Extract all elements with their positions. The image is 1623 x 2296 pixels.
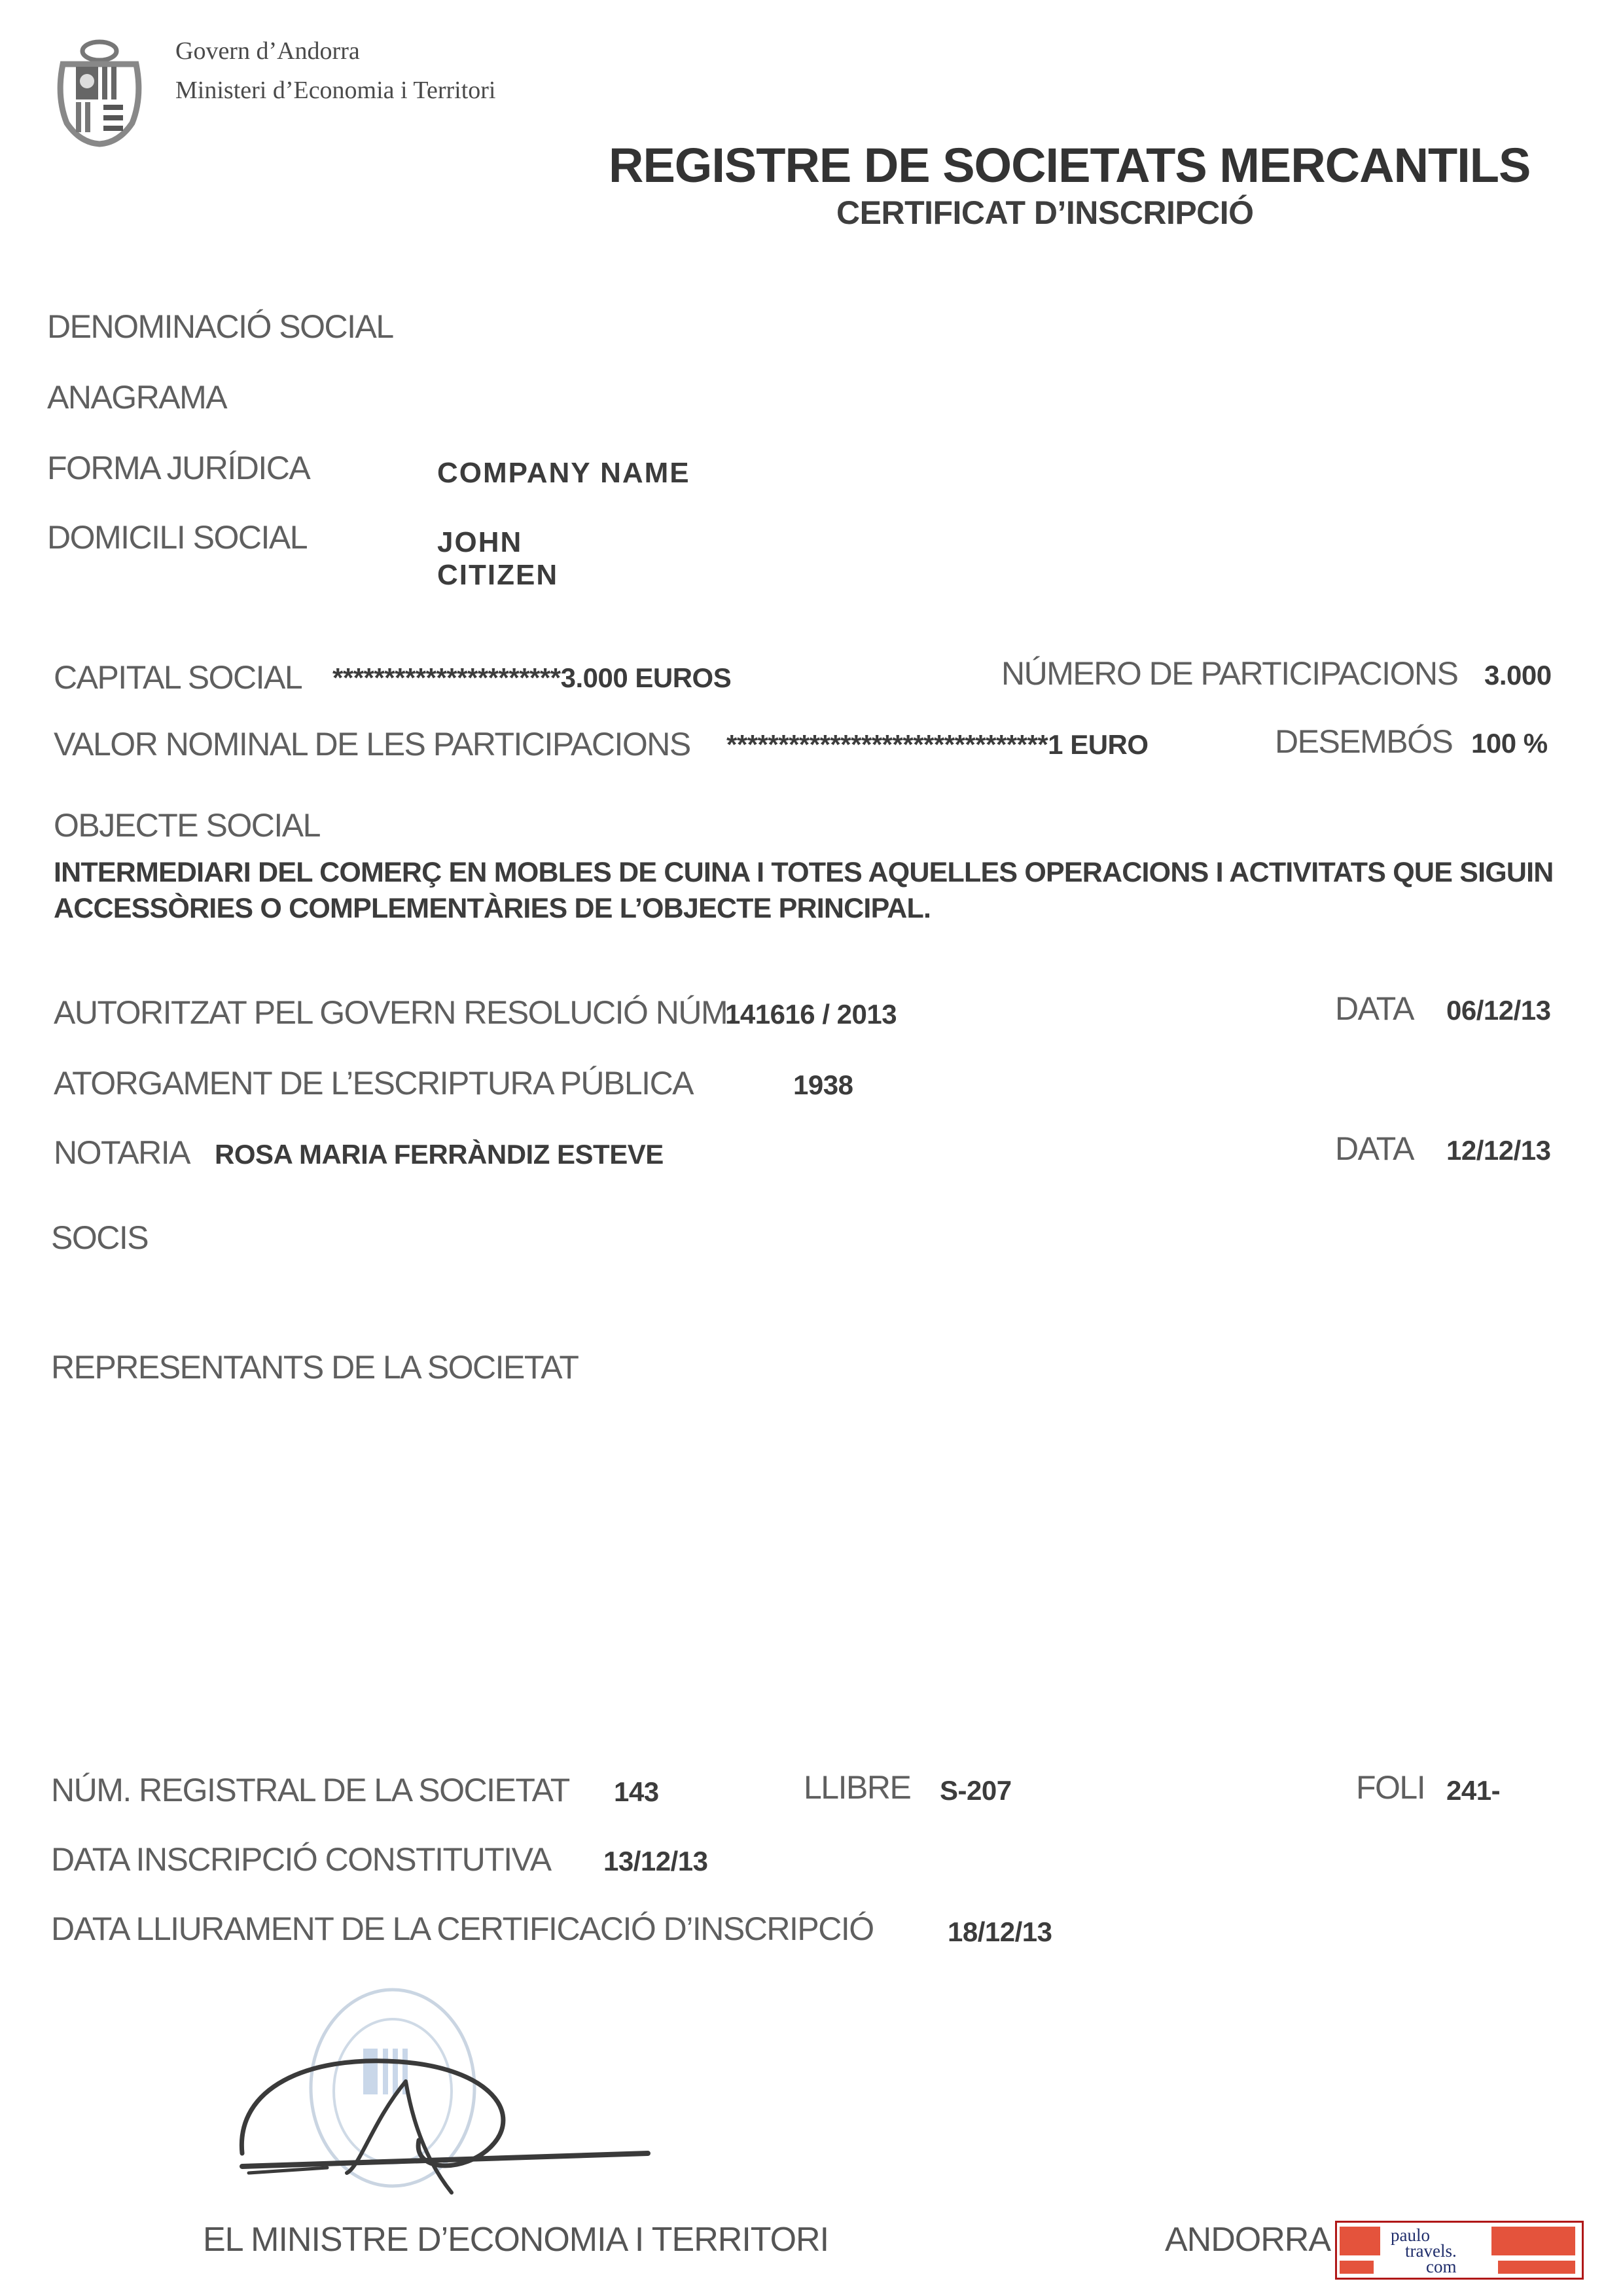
capital-social-value: **********************3.000 EUROS xyxy=(332,662,731,694)
desembos-label: DESEMBÓS xyxy=(1275,723,1452,761)
numero-participacions-label: NÚMERO DE PARTICIPACIONS xyxy=(1001,655,1457,692)
valor-nominal-value: *******************************1 EURO xyxy=(726,729,1149,761)
desembos-value: 100 % xyxy=(1471,728,1548,759)
denominacio-social-label: DENOMINACIÓ SOCIAL xyxy=(47,308,393,346)
foli-value: 241- xyxy=(1446,1775,1500,1806)
socis-label: SOCIS xyxy=(51,1219,148,1257)
autoritzat-label: AUTORITZAT PEL GOVERN RESOLUCIÓ NÚM. xyxy=(54,994,736,1031)
notaria-value: ROSA MARIA FERRÀNDIZ ESTEVE xyxy=(215,1139,664,1170)
document-subtitle: CERTIFICAT D’INSCRIPCIÓ xyxy=(836,194,1254,232)
andorra-coat-of-arms-icon xyxy=(54,38,145,148)
objecte-social-label: OBJECTE SOCIAL xyxy=(54,806,320,844)
anagrama-label: ANAGRAMA xyxy=(47,378,226,416)
government-name: Govern d’Andorra xyxy=(175,37,360,65)
resolucio-value: 141616 / 2013 xyxy=(725,999,897,1030)
llibre-label: LLIBRE xyxy=(804,1768,910,1806)
num-registral-label: NÚM. REGISTRAL DE LA SOCIETAT xyxy=(51,1771,569,1809)
watermark-bar xyxy=(1498,2261,1575,2274)
atorgament-label: ATORGAMENT DE L’ESCRIPTURA PÚBLICA xyxy=(54,1064,693,1102)
valor-nominal-label: VALOR NOMINAL DE LES PARTICIPACIONS xyxy=(54,725,690,763)
data-inscripcio-value: 13/12/13 xyxy=(603,1846,708,1877)
watermark-line3: com xyxy=(1426,2258,1457,2275)
domicili-social-label: DOMICILI SOCIAL xyxy=(47,518,307,556)
paulo-travels-watermark: paulo travels. com xyxy=(1335,2221,1584,2280)
document-title: REGISTRE DE SOCIETATS MERCANTILS xyxy=(609,137,1530,193)
watermark-bar xyxy=(1491,2227,1575,2255)
data-resolucio-value: 06/12/13 xyxy=(1446,995,1551,1026)
representants-label: REPRESENTANTS DE LA SOCIETAT xyxy=(51,1348,578,1386)
capital-social-label: CAPITAL SOCIAL xyxy=(54,658,302,696)
data-inscripcio-label: DATA INSCRIPCIÓ CONSTITUTIVA xyxy=(51,1840,551,1878)
company-name-value: COMPANY NAME xyxy=(437,457,690,490)
stamp-and-signature xyxy=(216,1977,661,2199)
watermark-bar xyxy=(1340,2227,1380,2255)
foli-label: FOLI xyxy=(1356,1768,1425,1806)
forma-juridica-label: FORMA JURÍDICA xyxy=(47,449,310,487)
signatory-title: EL MINISTRE D’ECONOMIA I TERRITORI xyxy=(203,2220,829,2259)
atorgament-value: 1938 xyxy=(793,1069,853,1101)
data-resolucio-label: DATA xyxy=(1335,990,1414,1028)
data-escriptura-label: DATA xyxy=(1335,1130,1414,1168)
data-lliurament-value: 18/12/13 xyxy=(948,1916,1052,1948)
notaria-label: NOTARIA xyxy=(54,1134,190,1172)
data-escriptura-value: 12/12/13 xyxy=(1446,1135,1551,1166)
official-seal-icon xyxy=(311,1990,474,2186)
data-lliurament-label: DATA LLIURAMENT DE LA CERTIFICACIÓ D’INS… xyxy=(51,1910,874,1948)
numero-participacions-value: 3.000 xyxy=(1484,660,1552,691)
domicili-social-value: JOHN CITIZEN xyxy=(437,526,558,592)
num-registral-value: 143 xyxy=(614,1776,659,1808)
ministry-name: Ministeri d’Economia i Territori xyxy=(175,76,495,105)
watermark-bar xyxy=(1340,2261,1374,2274)
objecte-social-text: INTERMEDIARI DEL COMERÇ EN MOBLES DE CUI… xyxy=(54,855,1578,927)
llibre-value: S-207 xyxy=(940,1775,1012,1806)
